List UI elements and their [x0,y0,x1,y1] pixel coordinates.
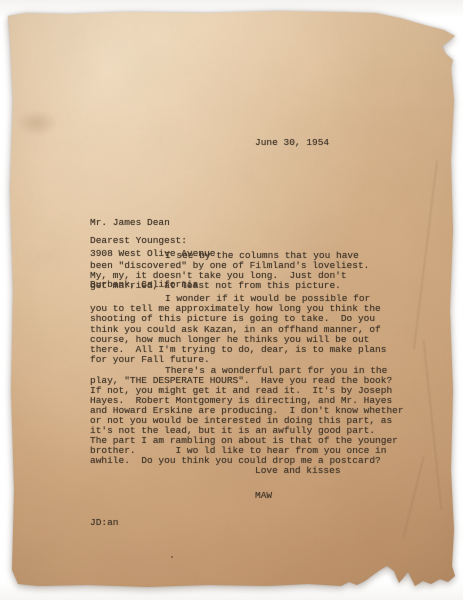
typist-reference: JD:an [90,518,119,528]
letter-text: June 30, 1954 Mr. James Dean 3908 West O… [8,10,455,589]
body-paragraph-1: I see by the columns that you have been … [90,251,369,291]
salutation: Dearest Youngest: [90,236,187,246]
paper-sheet: June 30, 1954 Mr. James Dean 3908 West O… [8,10,455,589]
body-paragraph-2: I wonder if it would be possible for you… [90,294,386,365]
scanned-letter-page: June 30, 1954 Mr. James Dean 3908 West O… [0,0,463,600]
recipient-name: Mr. James Dean [90,218,215,228]
signature-initials: MAW [255,491,272,501]
letter-date: June 30, 1954 [255,138,329,148]
letter-paper: June 30, 1954 Mr. James Dean 3908 West O… [8,10,455,589]
body-paragraph-3: There's a wonderful part for you in the … [90,366,404,466]
closing-line: Love and kisses [255,466,341,476]
